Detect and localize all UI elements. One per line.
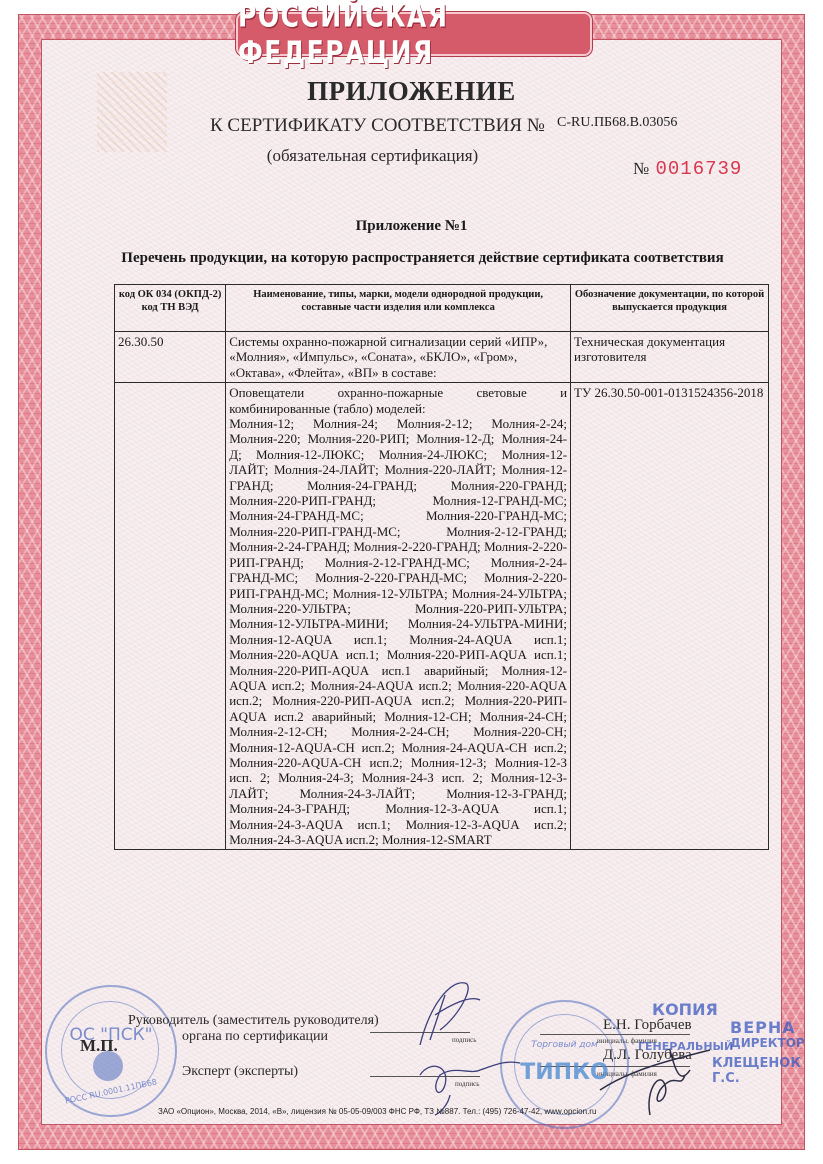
director-signature-icon bbox=[590, 1030, 720, 1120]
model-list: Молния-12; Молния-24; Молния-2-12; Молни… bbox=[229, 416, 567, 847]
serial-number: 0016739 bbox=[655, 158, 742, 180]
head-role-line2: органа по сертификации bbox=[182, 1029, 328, 1045]
table-row: Оповещатели охранно-пожарные световые и … bbox=[115, 383, 769, 850]
director-stamp-word: ДИРЕКТОР bbox=[730, 1036, 805, 1050]
list-title: Перечень продукции, на которую распростр… bbox=[0, 250, 823, 267]
products-table: код ОК 034 (ОКПД-2) код ТН ВЭД Наименова… bbox=[114, 284, 769, 850]
serial-prefix: № bbox=[633, 159, 649, 178]
head-role-line1: Руководитель (заместитель руководителя) bbox=[128, 1013, 379, 1029]
cell-name: Оповещатели охранно-пожарные световые и … bbox=[226, 383, 571, 850]
cell-doc: Техническая документация изготовителя bbox=[571, 332, 769, 383]
verified-stamp-word: ВЕРНА bbox=[730, 1018, 796, 1037]
country-banner: РОССИЙСКАЯ ФЕДЕРАЦИЯ bbox=[236, 12, 592, 56]
cell-doc: ТУ 26.30.50-001-0131524356-2018 bbox=[571, 383, 769, 850]
appendix-label: Приложение №1 bbox=[0, 218, 823, 235]
expert-role: Эксперт (эксперты) bbox=[182, 1064, 298, 1080]
cell-code: 26.30.50 bbox=[115, 332, 226, 383]
document-title: ПРИЛОЖЕНИЕ bbox=[0, 76, 823, 107]
expert-signature-icon bbox=[410, 1035, 530, 1115]
cell-name: Системы охранно-пожарной сигнализации се… bbox=[226, 332, 571, 383]
column-header-doc: Обозначение документации, по которой вып… bbox=[571, 285, 769, 332]
director-name-stamp: КЛЕЩЕНОК Г.С. bbox=[712, 1056, 823, 1086]
printer-info: ЗАО «Опцион», Москва, 2014, «В», лицензи… bbox=[158, 1107, 596, 1116]
table-row: 26.30.50 Системы охранно-пожарной сигнал… bbox=[115, 332, 769, 383]
document-subtitle: К СЕРТИФИКАТУ СООТВЕТСТВИЯ № bbox=[210, 115, 545, 137]
stamp-place-label: М.П. bbox=[80, 1036, 118, 1056]
certificate-number: С-RU.ПБ68.В.03056 bbox=[557, 115, 677, 131]
table-header-row: код ОК 034 (ОКПД-2) код ТН ВЭД Наименова… bbox=[115, 285, 769, 332]
banner-text: РОССИЙСКАЯ ФЕДЕРАЦИЯ bbox=[238, 0, 590, 70]
column-header-code: код ОК 034 (ОКПД-2) код ТН ВЭД bbox=[115, 285, 226, 332]
product-group-name: Оповещатели охранно-пожарные световые и … bbox=[229, 385, 567, 416]
copy-stamp-word: КОПИЯ bbox=[652, 1000, 718, 1019]
cell-code bbox=[115, 383, 226, 850]
serial-number-block: № 0016739 bbox=[633, 158, 742, 180]
column-header-name: Наименование, типы, марки, модели одноро… bbox=[226, 285, 571, 332]
